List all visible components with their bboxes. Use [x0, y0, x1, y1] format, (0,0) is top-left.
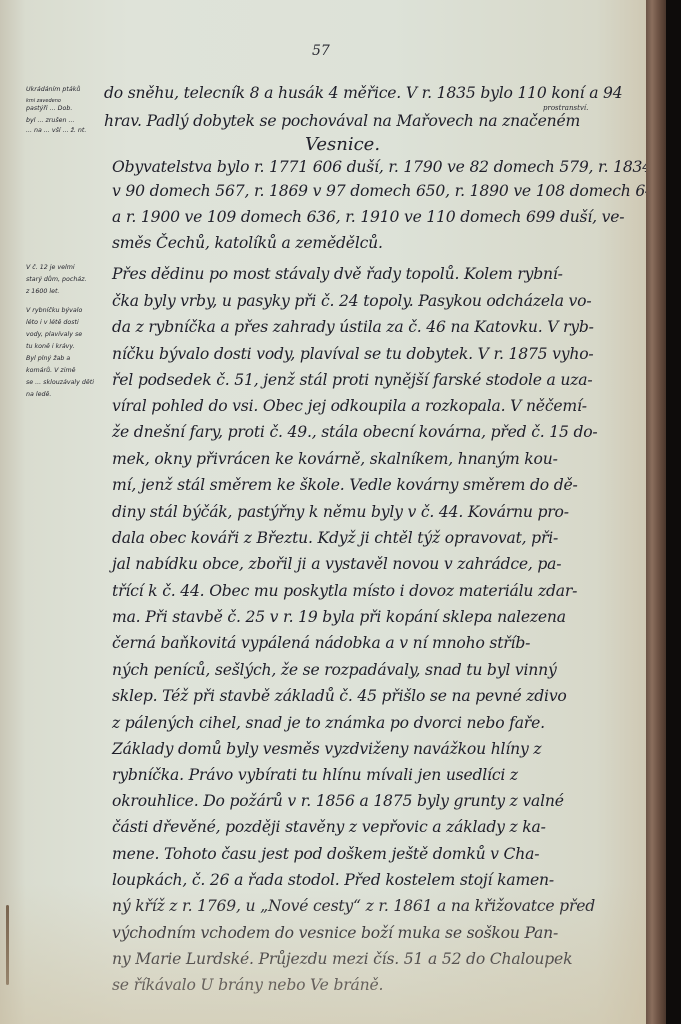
text-line: a r. 1900 ve 109 domech 636, r. 1910 ve … [112, 208, 646, 226]
text-line: níčku bývalo dosti vody, plavíval se tu … [112, 345, 646, 363]
margin-note-line: V rybníčku bývalo [26, 306, 82, 316]
margin-note-line: tu koně i krávy. [26, 342, 75, 352]
margin-note-line: na ledě. [26, 390, 51, 400]
margin-note-line: Ukrádáním ptáků [26, 85, 80, 95]
margin-note-line: z 1600 let. [26, 287, 59, 297]
text-line: řel podsedek č. 51, jenž stál proti nyně… [112, 371, 646, 389]
margin-note-line: komárů. V zimě [26, 366, 75, 376]
text-line: ný kříž z r. 1769, u „Nové cesty“ z r. 1… [112, 897, 646, 915]
margin-note-line: se ... sklouzávaly děti [26, 378, 94, 388]
text-line: ma. Při stavbě č. 25 v r. 19 byla při ko… [112, 608, 646, 626]
margin-note-line: Byl plný žab a [26, 354, 70, 364]
margin-note-line: V č. 12 je velmi [26, 263, 75, 273]
text-line: sklep. Též při stavbě základů č. 45 přiš… [112, 687, 646, 705]
text-line: jal nabídku obce, zbořil ji a vystavěl n… [112, 555, 646, 573]
text-line: černá baňkovitá vypálená nádobka a v ní … [112, 634, 646, 652]
text-line: okrouhlice. Do požárů v r. 1856 a 1875 b… [112, 792, 646, 810]
superscript-note: prostranství. [543, 104, 588, 112]
text-line: východním vchodem do vesnice boží muka s… [112, 924, 646, 942]
binding-stain [6, 905, 9, 985]
text-line: třící k č. 44. Obec mu poskytla místo i … [112, 582, 646, 600]
margin-note-line: léto i v létě dosti [26, 318, 79, 328]
text-line: rybníčka. Právo vybírati tu hlínu mívali… [112, 766, 646, 784]
text-line: mí, jenž stál směrem ke škole. Vedle kov… [112, 476, 646, 494]
section-heading: Vesnice. [305, 134, 380, 155]
text-line: Obyvatelstva bylo r. 1771 606 duší, r. 1… [112, 158, 646, 176]
text-line: směs Čechů, katolíků a zemědělců. [112, 234, 646, 252]
text-line: čka byly vrby, u pasyky při č. 24 topoly… [112, 292, 646, 310]
text-line: ny Marie Lurdské. Průjezdu mezi čís. 51 … [112, 950, 646, 968]
text-line: diny stál býčák, pastýřny k němu byly v … [112, 503, 646, 521]
margin-note-line: ... na ... vší ... ž. nt. [26, 126, 86, 136]
text-line: že dnešní fary, proti č. 49., stála obec… [112, 423, 646, 441]
manuscript-page: 57 Ukrádáním ptáků kmi zavedeno pastýři … [0, 0, 648, 1024]
text-line: se říkávalo U brány nebo Ve bráně. [112, 976, 646, 994]
text-line: loupkách, č. 26 a řada stodol. Před kost… [112, 871, 646, 889]
text-line: víral pohled do vsi. Obec jej odkoupila … [112, 397, 646, 415]
book-page-edges [646, 0, 666, 1024]
text-line: hrav. Padlý dobytek se pochovával na Mař… [104, 112, 638, 130]
margin-note-line: byl ... zrušen ... [26, 116, 75, 126]
text-line: mene. Tohoto času jest pod doškem ještě … [112, 845, 646, 863]
margin-note-line: vody, plavívaly se [26, 330, 82, 340]
margin-note-line: pastýři ... Dob. [26, 104, 72, 114]
text-line: mek, okny přivrácen ke kovárně, skalníke… [112, 450, 646, 468]
text-line: v 90 domech 567, r. 1869 v 97 domech 650… [112, 182, 646, 200]
text-line: ných peníců, sešlých, že se rozpadávaly,… [112, 661, 646, 679]
text-line: části dřevěné, později stavěny z vepřovi… [112, 818, 646, 836]
text-line: Přes dědinu po most stávaly dvě řady top… [112, 265, 646, 283]
text-line: z pálených cihel, snad je to známka po d… [112, 714, 646, 732]
text-line: do sněhu, telecník 8 a husák 4 měřice. V… [104, 84, 638, 102]
margin-note-line: starý dům, pocház. [26, 275, 87, 285]
text-line: da z rybníčka a přes zahrady ústila za č… [112, 318, 646, 336]
text-line: dala obec kováři z Březtu. Když ji chtěl… [112, 529, 646, 547]
dark-background [666, 0, 681, 1024]
text-line: Základy domů byly vesměs vyzdviženy navá… [112, 740, 646, 758]
page-number: 57 [312, 43, 330, 59]
